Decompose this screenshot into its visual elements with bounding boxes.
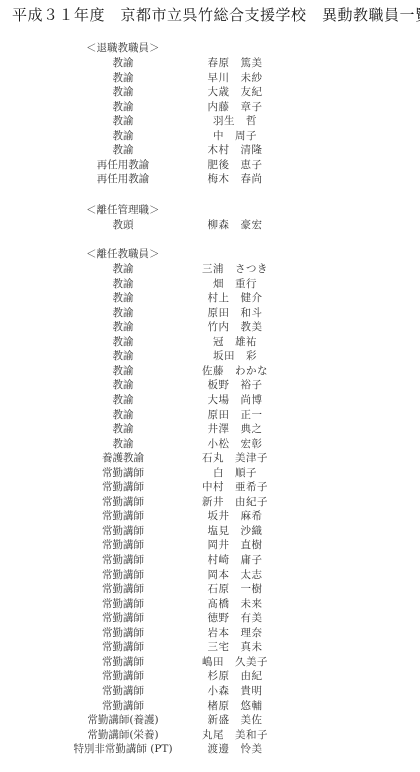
- staff-role: 常勤講師: [60, 567, 186, 582]
- staff-role: 教諭: [60, 377, 186, 392]
- staff-role: 教諭: [60, 70, 186, 85]
- staff-name: 春原 篤美: [180, 55, 290, 70]
- staff-name: 早川 未紗: [180, 70, 290, 85]
- staff-row: 教諭内藤 章子: [0, 99, 420, 113]
- staff-row: 教諭坂田 彩: [0, 348, 420, 362]
- section-header: ＜離任管理職＞: [86, 202, 160, 217]
- staff-name: 杉原 由紀: [180, 668, 290, 683]
- staff-row: 養護教諭石丸 美津子: [0, 450, 420, 464]
- staff-name: 大場 尚博: [180, 392, 290, 407]
- staff-name: 村上 健介: [180, 290, 290, 305]
- staff-role: 常勤講師: [60, 610, 186, 625]
- staff-name: 佐藤 わかな: [180, 363, 290, 378]
- staff-row: 常勤講師白 順子: [0, 465, 420, 479]
- staff-row: 常勤講師岩本 理奈: [0, 625, 420, 639]
- staff-role: 教諭: [60, 392, 186, 407]
- staff-row: 教諭佐藤 わかな: [0, 363, 420, 377]
- staff-row: 教諭大場 尚博: [0, 392, 420, 406]
- staff-row: 教諭三浦 さつき: [0, 261, 420, 275]
- staff-role: 教諭: [60, 363, 186, 378]
- staff-row: 教諭春原 篤美: [0, 55, 420, 69]
- staff-row: 常勤講師塩見 沙織: [0, 523, 420, 537]
- staff-name: 原田 和斗: [180, 305, 290, 320]
- staff-row: 常勤講師三宅 真未: [0, 639, 420, 653]
- staff-role: 教諭: [60, 348, 186, 363]
- staff-role: 常勤講師: [60, 654, 186, 669]
- staff-name: 内藤 章子: [180, 99, 290, 114]
- staff-name: 板野 裕子: [180, 377, 290, 392]
- staff-role: 教諭: [60, 99, 186, 114]
- staff-role: 教諭: [60, 290, 186, 305]
- staff-name: 岩本 理奈: [180, 625, 290, 640]
- staff-row: 教諭板野 裕子: [0, 377, 420, 391]
- staff-row: 教諭大歳 友紀: [0, 84, 420, 98]
- staff-row: 常勤講師(養護)新盛 美佐: [0, 712, 420, 726]
- staff-role: 教諭: [60, 128, 186, 143]
- document-title: 平成３１年度 京都市立呉竹総合支援学校 異動教職員一覧: [12, 4, 420, 25]
- staff-role: 常勤講師: [60, 537, 186, 552]
- staff-role: 教諭: [60, 319, 186, 334]
- staff-name: 竹内 教美: [180, 319, 290, 334]
- staff-row: 教諭羽生 哲: [0, 113, 420, 127]
- staff-row: 常勤講師嶋田 久美子: [0, 654, 420, 668]
- staff-role: 常勤講師: [60, 668, 186, 683]
- staff-row: 常勤講師村崎 庸子: [0, 552, 420, 566]
- staff-row: 教諭村上 健介: [0, 290, 420, 304]
- staff-role: 再任用教諭: [60, 157, 186, 172]
- staff-name: 石丸 美津子: [180, 450, 290, 465]
- staff-name: 髙橋 未来: [180, 596, 290, 611]
- staff-name: 徳野 有美: [180, 610, 290, 625]
- staff-role: 常勤講師: [60, 639, 186, 654]
- staff-row: 教諭中 周子: [0, 128, 420, 142]
- staff-role: 教諭: [60, 334, 186, 349]
- staff-role: 教諭: [60, 261, 186, 276]
- staff-role: 教諭: [60, 421, 186, 436]
- staff-name: 羽生 哲: [180, 113, 290, 128]
- staff-role: 常勤講師: [60, 596, 186, 611]
- staff-role: 教諭: [60, 113, 186, 128]
- staff-role: 教諭: [60, 436, 186, 451]
- staff-row: 教頭柳森 豪宏: [0, 217, 420, 231]
- staff-row: 常勤講師石原 一樹: [0, 581, 420, 595]
- staff-role: 常勤講師: [60, 523, 186, 538]
- staff-row: 常勤講師新井 由紀子: [0, 494, 420, 508]
- staff-name: 柳森 豪宏: [180, 217, 290, 232]
- staff-name: 楮原 悠輔: [180, 698, 290, 713]
- staff-name: 丸尾 美和子: [180, 727, 290, 742]
- staff-row: 常勤講師岡井 直樹: [0, 537, 420, 551]
- staff-role: 常勤講師: [60, 465, 186, 480]
- staff-role: 教頭: [60, 217, 186, 232]
- staff-row: 常勤講師髙橋 未来: [0, 596, 420, 610]
- staff-row: 常勤講師小森 貴明: [0, 683, 420, 697]
- staff-row: 常勤講師中村 亜希子: [0, 479, 420, 493]
- staff-name: 畑 重行: [180, 276, 290, 291]
- staff-name: 塩見 沙織: [180, 523, 290, 538]
- staff-name: 村崎 庸子: [180, 552, 290, 567]
- staff-row: 特別非常勤講師 (PT)渡邊 怜美: [0, 741, 420, 755]
- staff-row: 常勤講師楮原 悠輔: [0, 698, 420, 712]
- staff-role: 教諭: [60, 276, 186, 291]
- staff-name: 小森 貴明: [180, 683, 290, 698]
- section-header: ＜離任教職員＞: [86, 246, 160, 261]
- staff-name: 原田 正一: [180, 407, 290, 422]
- section-header: ＜退職教職員＞: [86, 40, 160, 55]
- staff-row: 再任用教諭肥後 恵子: [0, 157, 420, 171]
- staff-name: 坂井 麻希: [180, 508, 290, 523]
- staff-role: 常勤講師: [60, 508, 186, 523]
- staff-name: 嶋田 久美子: [180, 654, 290, 669]
- staff-name: 坂田 彩: [180, 348, 290, 363]
- staff-name: 岡本 太志: [180, 567, 290, 582]
- staff-role: 特別非常勤講師 (PT): [60, 741, 186, 756]
- staff-row: 再任用教諭梅木 春尚: [0, 171, 420, 185]
- staff-role: 常勤講師: [60, 494, 186, 509]
- staff-name: 木村 清隆: [180, 142, 290, 157]
- staff-name: 肥後 恵子: [180, 157, 290, 172]
- staff-row: 教諭畑 重行: [0, 276, 420, 290]
- staff-row: 常勤講師徳野 有美: [0, 610, 420, 624]
- staff-name: 三宅 真未: [180, 639, 290, 654]
- staff-row: 教諭原田 和斗: [0, 305, 420, 319]
- staff-name: 新井 由紀子: [180, 494, 290, 509]
- staff-role: 養護教諭: [60, 450, 186, 465]
- staff-name: 小松 宏彰: [180, 436, 290, 451]
- staff-role: 常勤講師(養護): [60, 712, 186, 727]
- staff-name: 新盛 美佐: [180, 712, 290, 727]
- staff-row: 教諭小松 宏彰: [0, 436, 420, 450]
- staff-row: 常勤講師坂井 麻希: [0, 508, 420, 522]
- staff-row: 常勤講師岡本 太志: [0, 567, 420, 581]
- staff-role: 常勤講師: [60, 479, 186, 494]
- staff-role: 教諭: [60, 305, 186, 320]
- staff-row: 常勤講師杉原 由紀: [0, 668, 420, 682]
- staff-role: 再任用教諭: [60, 171, 186, 186]
- staff-role: 常勤講師: [60, 683, 186, 698]
- staff-row: 教諭冠 雄祐: [0, 334, 420, 348]
- staff-role: 常勤講師: [60, 625, 186, 640]
- staff-row: 教諭木村 清隆: [0, 142, 420, 156]
- staff-row: 教諭早川 未紗: [0, 70, 420, 84]
- staff-role: 教諭: [60, 407, 186, 422]
- staff-role: 教諭: [60, 55, 186, 70]
- staff-role: 教諭: [60, 84, 186, 99]
- staff-name: 三浦 さつき: [180, 261, 290, 276]
- staff-role: 常勤講師: [60, 552, 186, 567]
- staff-name: 石原 一樹: [180, 581, 290, 596]
- staff-role: 常勤講師: [60, 698, 186, 713]
- staff-role: 常勤講師: [60, 581, 186, 596]
- staff-row: 教諭原田 正一: [0, 407, 420, 421]
- staff-row: 教諭竹内 教美: [0, 319, 420, 333]
- staff-row: 教諭井澤 典之: [0, 421, 420, 435]
- staff-name: 岡井 直樹: [180, 537, 290, 552]
- staff-role: 常勤講師(栄養): [60, 727, 186, 742]
- staff-row: 常勤講師(栄養)丸尾 美和子: [0, 727, 420, 741]
- staff-name: 中村 亜希子: [180, 479, 290, 494]
- staff-name: 井澤 典之: [180, 421, 290, 436]
- staff-name: 梅木 春尚: [180, 171, 290, 186]
- staff-name: 冠 雄祐: [180, 334, 290, 349]
- staff-name: 中 周子: [180, 128, 290, 143]
- staff-name: 大歳 友紀: [180, 84, 290, 99]
- staff-role: 教諭: [60, 142, 186, 157]
- staff-name: 渡邊 怜美: [180, 741, 290, 756]
- staff-name: 白 順子: [180, 465, 290, 480]
